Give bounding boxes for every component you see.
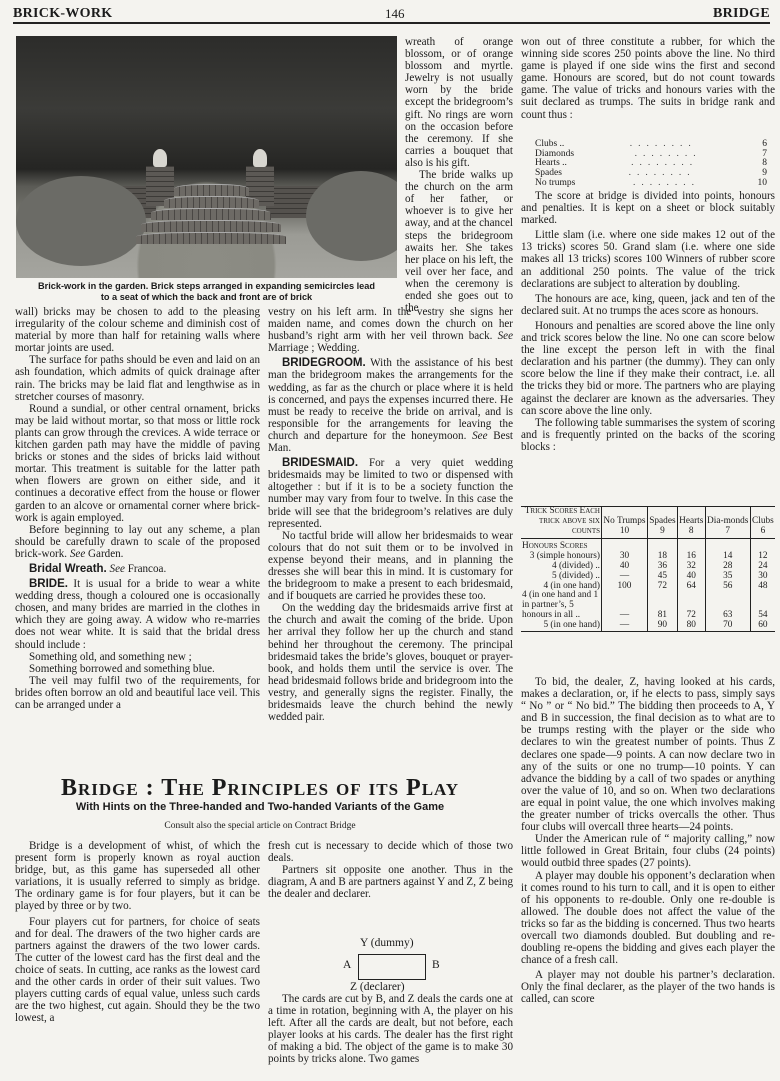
declarer-label: Z (declarer) (350, 981, 405, 993)
row-label: 5 (in one hand) (521, 621, 602, 631)
row-label: 4 (in one hand and 1 in partner’s, 5 hon… (521, 591, 602, 620)
paragraph: The veil may fulfil two of the requireme… (15, 675, 260, 711)
column-value: 9 (649, 527, 676, 537)
header-left-keyword: BRICK-WORK (13, 6, 112, 22)
column-right-mid: The score at bridge is divided into poin… (521, 190, 775, 453)
photo-caption: Brick-work in the garden. Brick steps ar… (16, 281, 397, 302)
suit-rank-list: Clubs ..........6 Diamonds........7 Hear… (535, 140, 767, 189)
paragraph: wreath of orange blossom, or of orange b… (405, 36, 513, 169)
cell: 56 (705, 582, 750, 592)
column-left: wall) bricks may be chosen to add to the… (15, 306, 260, 711)
cell: 48 (750, 582, 775, 592)
scoring-table: Trick Scores Each trick above six counts… (521, 506, 775, 632)
paragraph: The cards are cut by B, and Z deals the … (268, 993, 513, 1066)
suit-name: No trumps (535, 179, 575, 189)
paragraph: vestry on his left arm. In the vestry sh… (268, 306, 513, 342)
paragraph: A player may not double his partner’s de… (521, 969, 775, 1005)
paragraph: Honours and penalties are scored above t… (521, 320, 775, 417)
entry-heading: BRIDE. (29, 578, 68, 590)
cell: 81 (647, 591, 677, 620)
cell: 72 (647, 582, 677, 592)
player-b-label: B (432, 959, 440, 971)
article-column-middle-top: fresh cut is necessary to decide which o… (268, 840, 513, 900)
header-right-keyword: BRIDGE (713, 6, 770, 22)
entry-heading: BRIDEGROOM. (282, 357, 366, 369)
page-number: 146 (385, 6, 405, 22)
column-value: 8 (679, 527, 704, 537)
article-column-middle-bottom: The cards are cut by B, and Z deals the … (268, 993, 513, 1066)
paragraph: A player may double his opponent’s decla… (521, 870, 775, 967)
rhyme-line: Something old, and something new ; (15, 651, 260, 663)
see-label: See (70, 548, 85, 560)
cell: 72 (677, 591, 705, 620)
see-label: See (498, 330, 513, 342)
consult-note: Consult also the special article on Cont… (0, 821, 520, 831)
brick-steps-garden-photo (16, 36, 397, 278)
caption-line: Brick-work in the garden. Brick steps ar… (16, 281, 397, 292)
paragraph: Round a sundial, or other central orname… (15, 403, 260, 524)
column-right-bottom: To bid, the dealer, Z, having looked at … (521, 676, 775, 1006)
cell: — (602, 591, 648, 620)
entry-heading: BRIDESMAID. (282, 457, 358, 469)
table-row: 4 (in one hand and 1 in partner’s, 5 hon… (521, 591, 775, 620)
paragraph: On the wedding day the bridesmaids arriv… (268, 602, 513, 723)
cross-reference-link[interactable]: Garden. (88, 548, 123, 560)
table-header-label: Trick Scores Each trick above six counts (521, 507, 602, 539)
paragraph: won out of three constitute a rubber, fo… (521, 36, 775, 121)
cell: 63 (705, 591, 750, 620)
paragraph: wall) bricks may be chosen to add to the… (15, 306, 260, 354)
see-label: See (110, 563, 125, 575)
entry-heading: Bridal Wreath. (29, 563, 107, 575)
running-header: BRICK-WORK 146 BRIDGE (13, 4, 770, 24)
paragraph: The honours are ace, king, queen, jack a… (521, 293, 775, 317)
suit-value: 10 (758, 179, 768, 189)
paragraph: Under the American rule of “ majority ca… (521, 833, 775, 869)
column-value: 7 (707, 527, 749, 537)
article-column-left: Bridge is a development of whist, of whi… (15, 840, 260, 1024)
column-header: Dia-monds7 (705, 507, 750, 539)
see-label: See (472, 430, 487, 442)
caption-line: to a seat of which the back and front ar… (16, 292, 397, 303)
cell: — (602, 621, 648, 631)
column-value: 10 (603, 527, 646, 537)
table-box (358, 954, 426, 980)
paragraph: Four players cut for partners, for choic… (15, 916, 260, 1025)
paragraph: The following table summarises the syste… (521, 417, 775, 453)
paragraph: fresh cut is necessary to decide which o… (268, 840, 513, 864)
column-header: Spades9 (647, 507, 677, 539)
cell: 80 (677, 621, 705, 631)
column-header: No Trumps10 (602, 507, 648, 539)
column-right-top: won out of three constitute a rubber, fo… (521, 36, 775, 121)
paragraph: No tactful bride will allow her bridesma… (268, 530, 513, 603)
table-row: 5 (in one hand)—90807060 (521, 621, 775, 631)
suit-rank-row: No trumps........10 (535, 179, 767, 189)
cell: 60 (750, 621, 775, 631)
article-title: Bridge : The Principles of its Play (0, 775, 520, 802)
rhyme-line: Something borrowed and something blue. (15, 663, 260, 675)
column-header: Hearts8 (677, 507, 705, 539)
cross-reference-link[interactable]: Marriage ; Wedding. (268, 342, 360, 354)
paragraph: The surface for paths should be even and… (15, 354, 260, 402)
player-a-label: A (343, 959, 351, 971)
paragraph: The score at bridge is divided into poin… (521, 190, 775, 226)
article-subtitle: With Hints on the Three-handed and Two-h… (0, 801, 520, 813)
paragraph: To bid, the dealer, Z, having looked at … (521, 676, 775, 833)
column-header: Clubs6 (750, 507, 775, 539)
dummy-label: Y (dummy) (360, 937, 414, 949)
paragraph: The bride walks up the church on the arm… (405, 169, 513, 314)
cross-reference-link[interactable]: Francoa. (128, 563, 167, 575)
cell: 54 (750, 591, 775, 620)
paragraph: Partners sit opposite one another. Thus … (268, 864, 513, 900)
cell: 70 (705, 621, 750, 631)
cell: 90 (647, 621, 677, 631)
cell: 64 (677, 582, 705, 592)
paragraph: Before beginning to lay out any scheme, … (15, 524, 260, 560)
cell: 100 (602, 582, 648, 592)
paragraph: Bridge is a development of whist, of whi… (15, 840, 260, 913)
bride-continuation-narrow: wreath of orange blossom, or of orange b… (405, 36, 513, 314)
column-value: 6 (752, 527, 774, 537)
column-middle: vestry on his left arm. In the vestry sh… (268, 306, 513, 723)
paragraph: Little slam (i.e. where one side makes 1… (521, 229, 775, 289)
